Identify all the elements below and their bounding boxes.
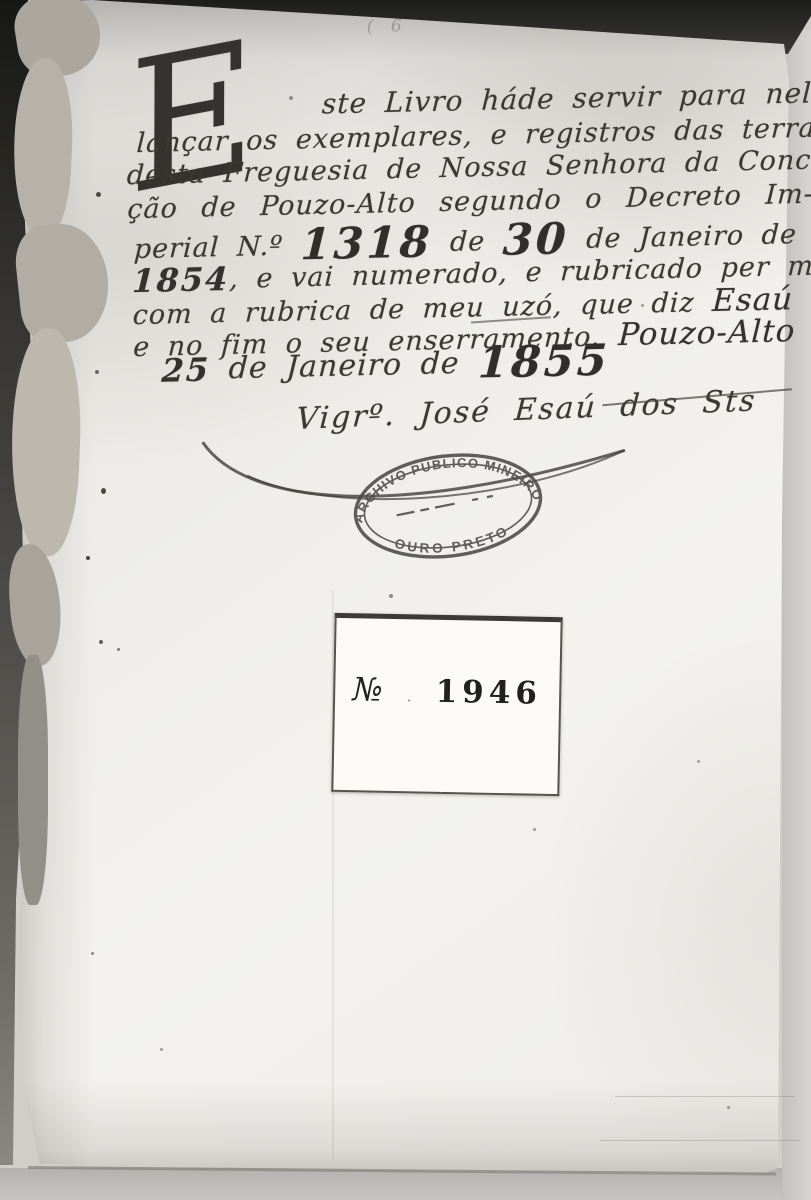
manuscript-date-line: 25 de Janeiro de 1855: [160, 336, 611, 396]
ink-speck: [91, 952, 94, 955]
label-text-row: № . 1946: [335, 670, 560, 712]
line-segment: de Janeiro de: [209, 346, 479, 387]
label-number-sign: №: [352, 670, 383, 709]
ink-speck: [95, 370, 99, 374]
torn-paper-edge: [18, 655, 48, 905]
ink-speck: [727, 1106, 730, 1109]
number-label: № . 1946: [331, 613, 562, 796]
year-number: 1855: [477, 336, 611, 389]
ink-speck: [117, 648, 120, 651]
pencil-mark: ( 6: [367, 16, 408, 37]
ink-speck: [389, 594, 393, 598]
scanned-document: E ( 6 ste Livro háde servir para nelle s…: [0, 0, 811, 1200]
ink-speck: [641, 304, 644, 307]
ink-speck: [99, 640, 103, 644]
ink-speck: [289, 96, 293, 100]
label-number: 1946: [435, 674, 542, 712]
stamp-divider: [396, 495, 500, 516]
ink-speck: [160, 1048, 163, 1051]
ink-speck: [697, 760, 700, 763]
ink-speck: [533, 828, 536, 831]
label-separator-dot: .: [407, 687, 412, 705]
place-name: Pouzo-Alto: [617, 313, 796, 353]
scratch-line: [615, 1096, 795, 1097]
day-number: 25: [161, 351, 211, 390]
scratch-line: [600, 1140, 800, 1141]
